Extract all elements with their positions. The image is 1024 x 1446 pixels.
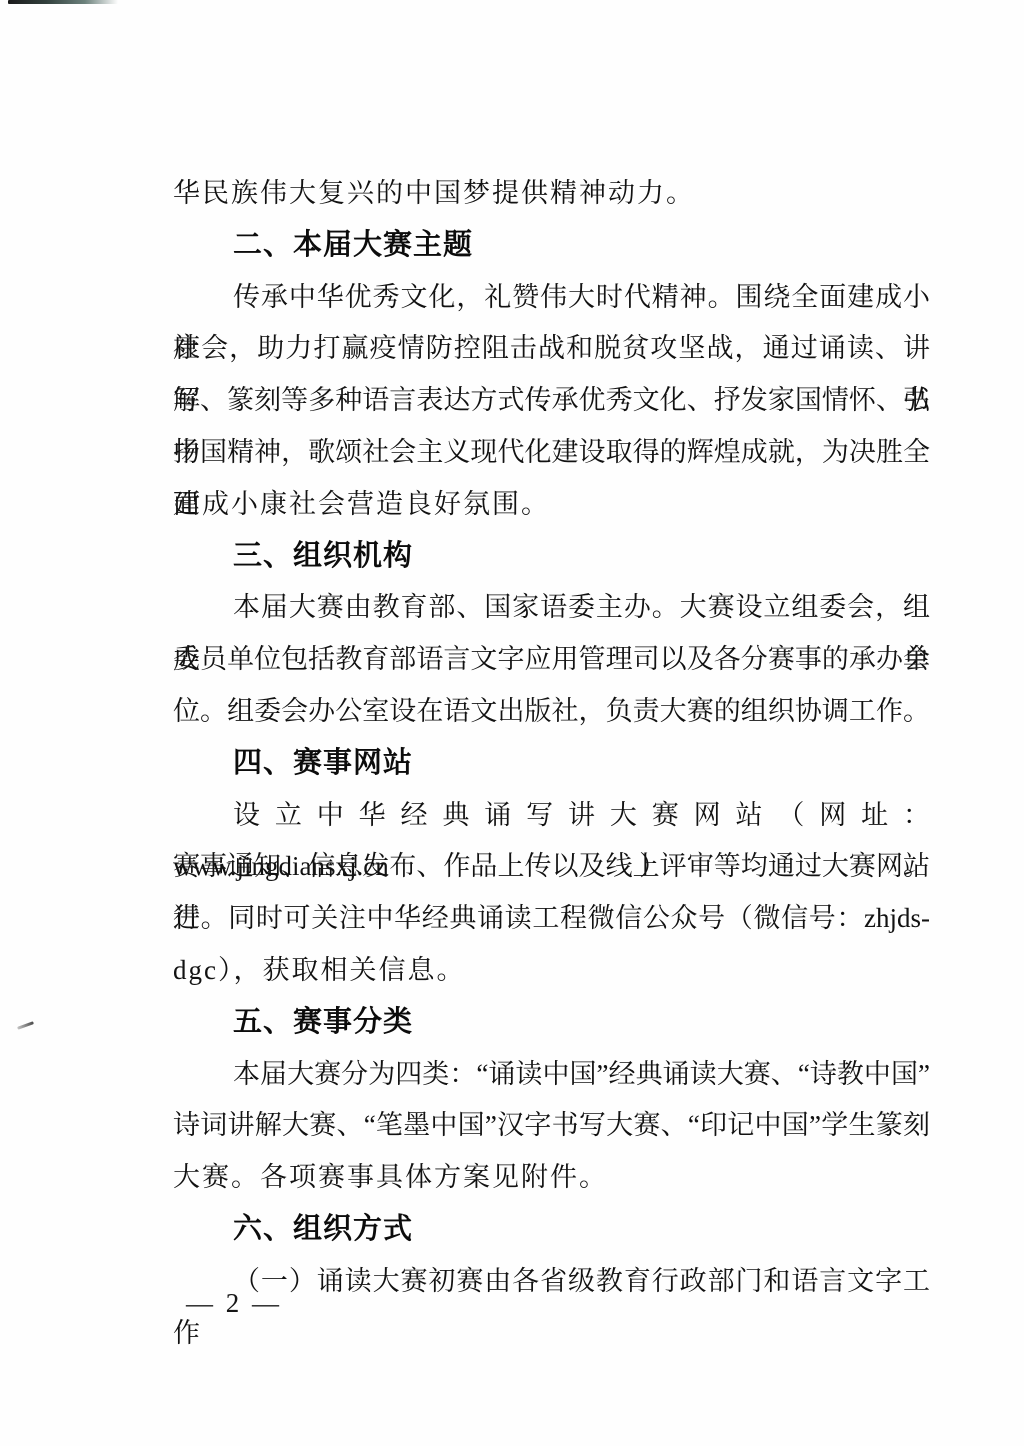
section-heading: 三、组织机构 [173, 531, 930, 583]
text-line: 大赛。各项赛事具体方案见附件。 [173, 1152, 930, 1204]
text-line: 中国精神，歌颂社会主义现代化建设取得的辉煌成就，为决胜全面 [173, 427, 930, 479]
text-line: 传承中华优秀文化，礼赞伟大时代精神。围绕全面建成小康 [173, 272, 930, 324]
section-heading: 四、赛事网站 [173, 738, 930, 790]
text-line: 建成小康社会营造良好氛围。 [173, 479, 930, 531]
scan-artifact-mark [17, 1021, 34, 1030]
text-line: 本届大赛分为四类：“诵读中国”经典诵读大赛、“诗教中国” [173, 1049, 930, 1101]
text-line: 成员单位包括教育部语言文字应用管理司以及各分赛事的承办单 [173, 634, 930, 686]
text-line: dgc），获取相关信息。 [173, 945, 930, 997]
document-body: 华民族伟大复兴的中国梦提供精神动力。 二、本届大赛主题 传承中华优秀文化，礼赞伟… [173, 168, 930, 1308]
text-line: 社会，助力打赢疫情防控阻击战和脱贫攻坚战，通过诵读、讲解、书 [173, 323, 930, 375]
text-line: 行。同时可关注中华经典诵读工程微信公众号（微信号：zhjds- [173, 893, 930, 945]
scan-artifact-bar [8, 0, 118, 4]
document-page: 华民族伟大复兴的中国梦提供精神动力。 二、本届大赛主题 传承中华优秀文化，礼赞伟… [0, 0, 1024, 1446]
text-line: 写、篆刻等多种语言表达方式传承优秀文化、抒发家国情怀、弘扬 [173, 375, 930, 427]
text-line: 本届大赛由教育部、国家语委主办。大赛设立组委会，组委会 [173, 582, 930, 634]
text-line: 诗词讲解大赛、“笔墨中国”汉字书写大赛、“印记中国”学生篆刻 [173, 1100, 930, 1152]
page-number: — 2 — [186, 1288, 282, 1319]
text-line: （一）诵读大赛初赛由各省级教育行政部门和语言文字工作 [173, 1256, 930, 1308]
text-line: 位。组委会办公室设在语文出版社，负责大赛的组织协调工作。 [173, 686, 930, 738]
text-line: 设立中华经典诵写讲大赛网站（网址：www.jingdiansxj.cn）。 [173, 790, 930, 842]
section-heading: 六、组织方式 [173, 1204, 930, 1256]
section-heading: 五、赛事分类 [173, 997, 930, 1049]
text-line: 赛事通知、信息发布、作品上传以及线上评审等均通过大赛网站进 [173, 841, 930, 893]
section-heading: 二、本届大赛主题 [173, 220, 930, 272]
text-line: 华民族伟大复兴的中国梦提供精神动力。 [173, 168, 930, 220]
